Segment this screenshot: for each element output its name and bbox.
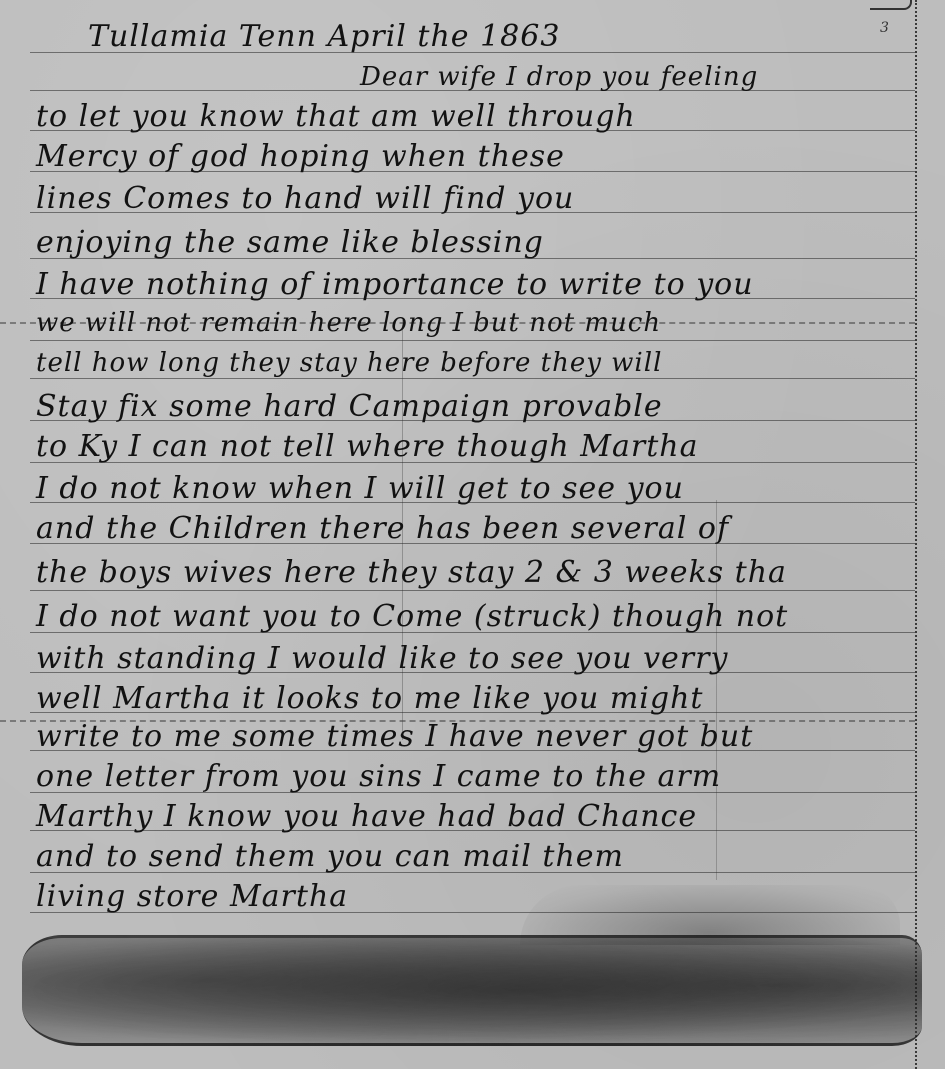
body-line: and to send them you can mail them <box>36 842 914 872</box>
ruled-line <box>30 590 915 591</box>
letter-page: 3 Tullamia Tenn April the 1863 Dear wife… <box>0 0 945 1069</box>
body-line: I do not want you to Come (struck) thoug… <box>36 602 914 632</box>
body-line: we will not remain here long I but not m… <box>36 310 914 336</box>
body-line: write to me some times I have never got … <box>36 722 914 752</box>
body-line: one letter from you sins I came to the a… <box>36 762 914 792</box>
body-line: I have nothing of importance to write to… <box>36 270 914 300</box>
body-line: Marthy I know you have had bad Chance <box>36 802 914 832</box>
body-line: to Ky I can not tell where though Martha <box>36 432 914 462</box>
body-line: and the Children there has been several … <box>36 514 914 544</box>
ruled-line <box>30 340 915 341</box>
letter-heading: Tullamia Tenn April the 1863 <box>88 22 945 52</box>
body-line: Stay fix some hard Campaign provable <box>36 392 914 422</box>
ruled-line <box>30 378 915 379</box>
right-margin-line <box>915 0 917 1069</box>
body-line: with standing I would like to see you ve… <box>36 644 914 674</box>
salutation: Dear wife I drop you feeling <box>360 64 945 90</box>
body-line: enjoying the same like blessing <box>36 228 914 258</box>
body-line: the boys wives here they stay 2 & 3 week… <box>36 558 914 588</box>
body-line: well Martha it looks to me like you migh… <box>36 684 914 714</box>
body-line: Mercy of god hoping when these <box>36 142 914 172</box>
body-line: lines Comes to hand will find you <box>36 184 914 214</box>
body-line: I do not know when I will get to see you <box>36 474 914 504</box>
body-line: tell how long they stay here before they… <box>36 350 914 376</box>
body-line: to let you know that am well through <box>36 102 914 132</box>
corner-fold <box>870 0 912 10</box>
ink-stain <box>22 935 922 1046</box>
